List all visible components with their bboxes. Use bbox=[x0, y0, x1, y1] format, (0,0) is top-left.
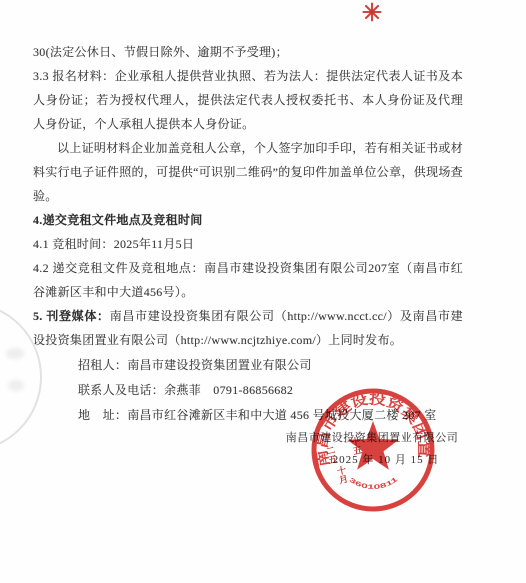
red-asterisk-mark bbox=[362, 2, 382, 22]
red-asterisk-icon bbox=[362, 2, 382, 22]
scanned-document-page: 30(法定公休日、节假日除外、逾期不予受理)； 3.3 报名材料：企业承租人提供… bbox=[0, 0, 526, 583]
document-body: 30(法定公休日、节假日除外、逾期不予受理)； 3.3 报名材料：企业承租人提供… bbox=[33, 40, 463, 428]
lessor-line: 招租人：南昌市建设投资集团置业有限公司 bbox=[78, 353, 463, 378]
paragraph-5: 5. 刊登媒体：南昌市建设投资集团有限公司（http://www.ncct.cc… bbox=[33, 304, 463, 352]
section-5-label: 5. 刊登媒体： bbox=[33, 309, 110, 323]
paragraph-4-2: 4.2 递交竞租文件及竞租地点：南昌市建设投资集团有限公司207室（南昌市红谷滩… bbox=[33, 256, 463, 304]
scan-smudge bbox=[6, 348, 24, 359]
section-4-heading: 4.递交竞租文件地点及竞租时间 bbox=[33, 208, 463, 232]
paragraph-proof-materials: 以上证明材料企业加盖竞租人公章，个人签字加印手印，若有相关证书或材料实行电子证件… bbox=[33, 136, 463, 208]
scan-smudge bbox=[8, 380, 24, 391]
paragraph-3-3: 3.3 报名材料：企业承租人提供营业执照、若为法人：提供法定代表人证书及本人身份… bbox=[33, 64, 463, 136]
paragraph-4-1: 4.1 竞租时间：2025年11月5日 bbox=[33, 232, 463, 256]
paragraph-30: 30(法定公休日、节假日除外、逾期不予受理)； bbox=[33, 40, 463, 64]
